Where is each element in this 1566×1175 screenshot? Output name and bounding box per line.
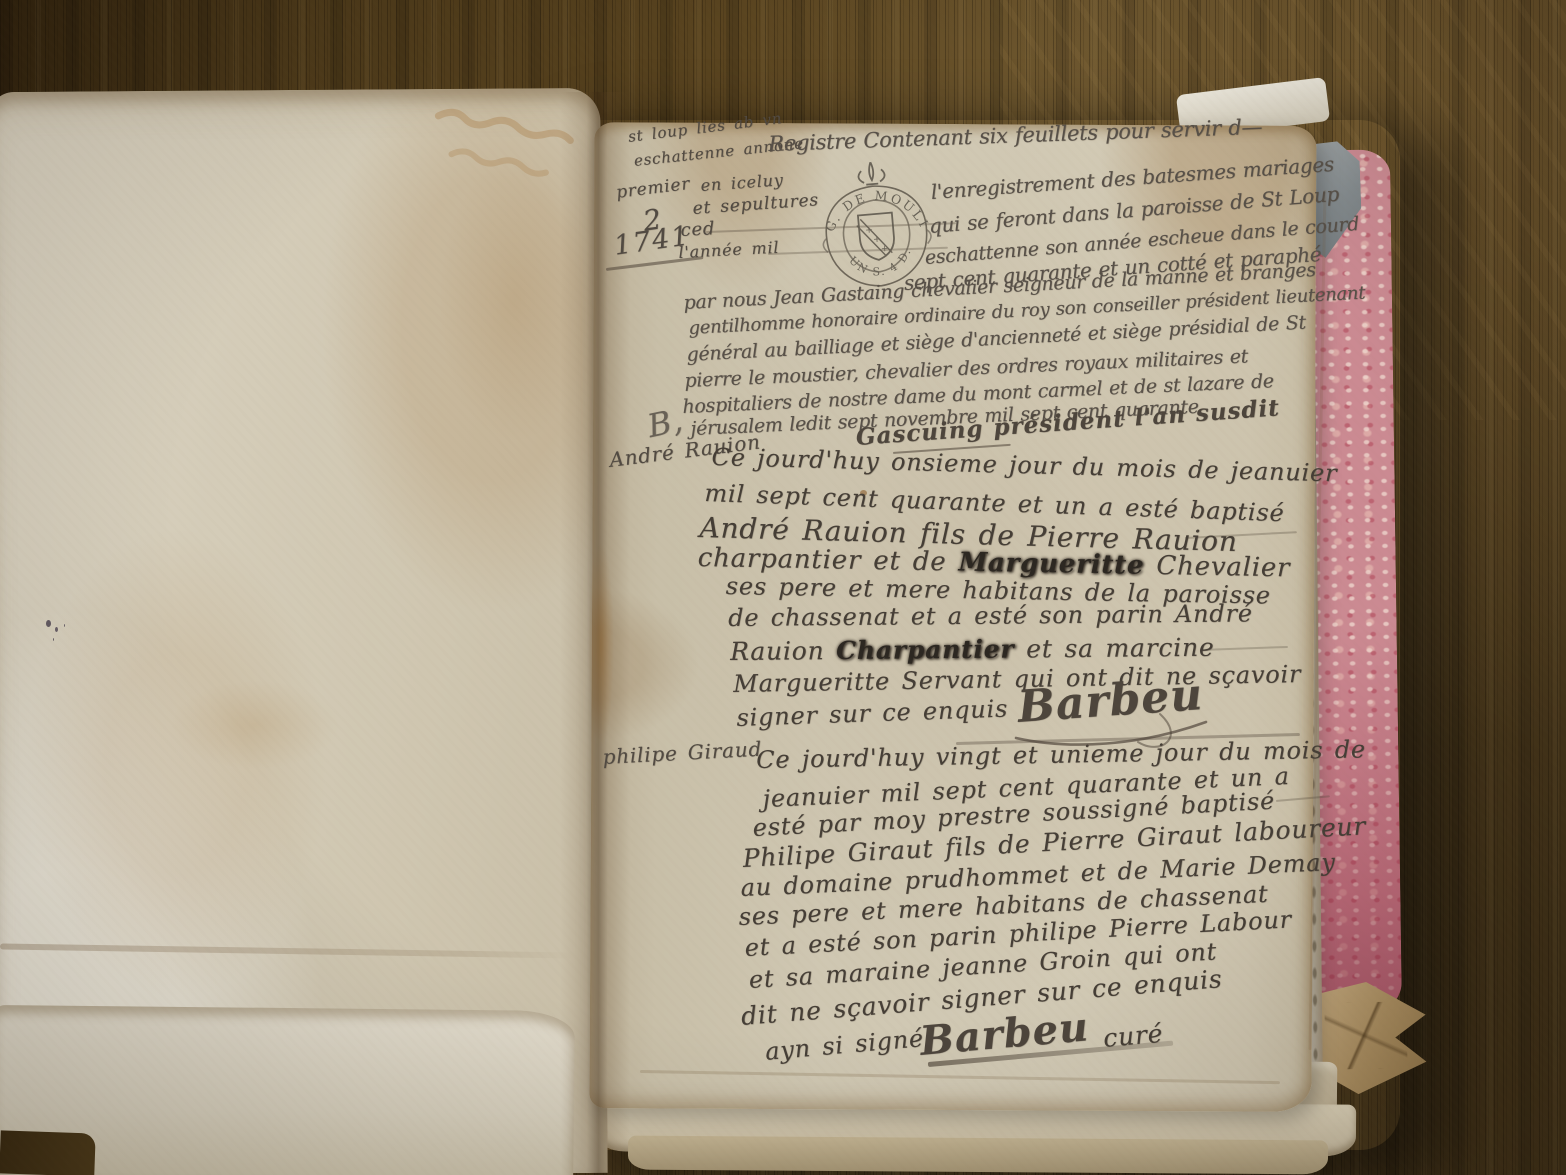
manuscript-line: Rauion Charpantier et sa marcine [730,633,1215,666]
svg-text:+: + [881,244,889,255]
wood-visible-bottom-left [0,1130,96,1175]
manuscript-line: de chassenat et a esté son parin André [728,599,1253,632]
ink-splatter [46,620,51,627]
photo-of-open-parish-register: + + + G. DE MOULINS UN S. 4 D. st loup l… [0,0,1566,1175]
fox-stain [170,680,340,770]
page-stack-fold [628,1136,1328,1175]
fleur-de-lis-icon [857,161,885,185]
blotted-word: Charpantier [836,635,1014,666]
line-part: et sa marcine [1026,633,1215,664]
stamp-shield: + + + [856,213,896,262]
line-part: Chevalier [1156,551,1290,583]
line-part: Rauion [730,636,825,666]
gutter-stain [588,540,614,750]
signer-title: curé [1102,1019,1164,1053]
